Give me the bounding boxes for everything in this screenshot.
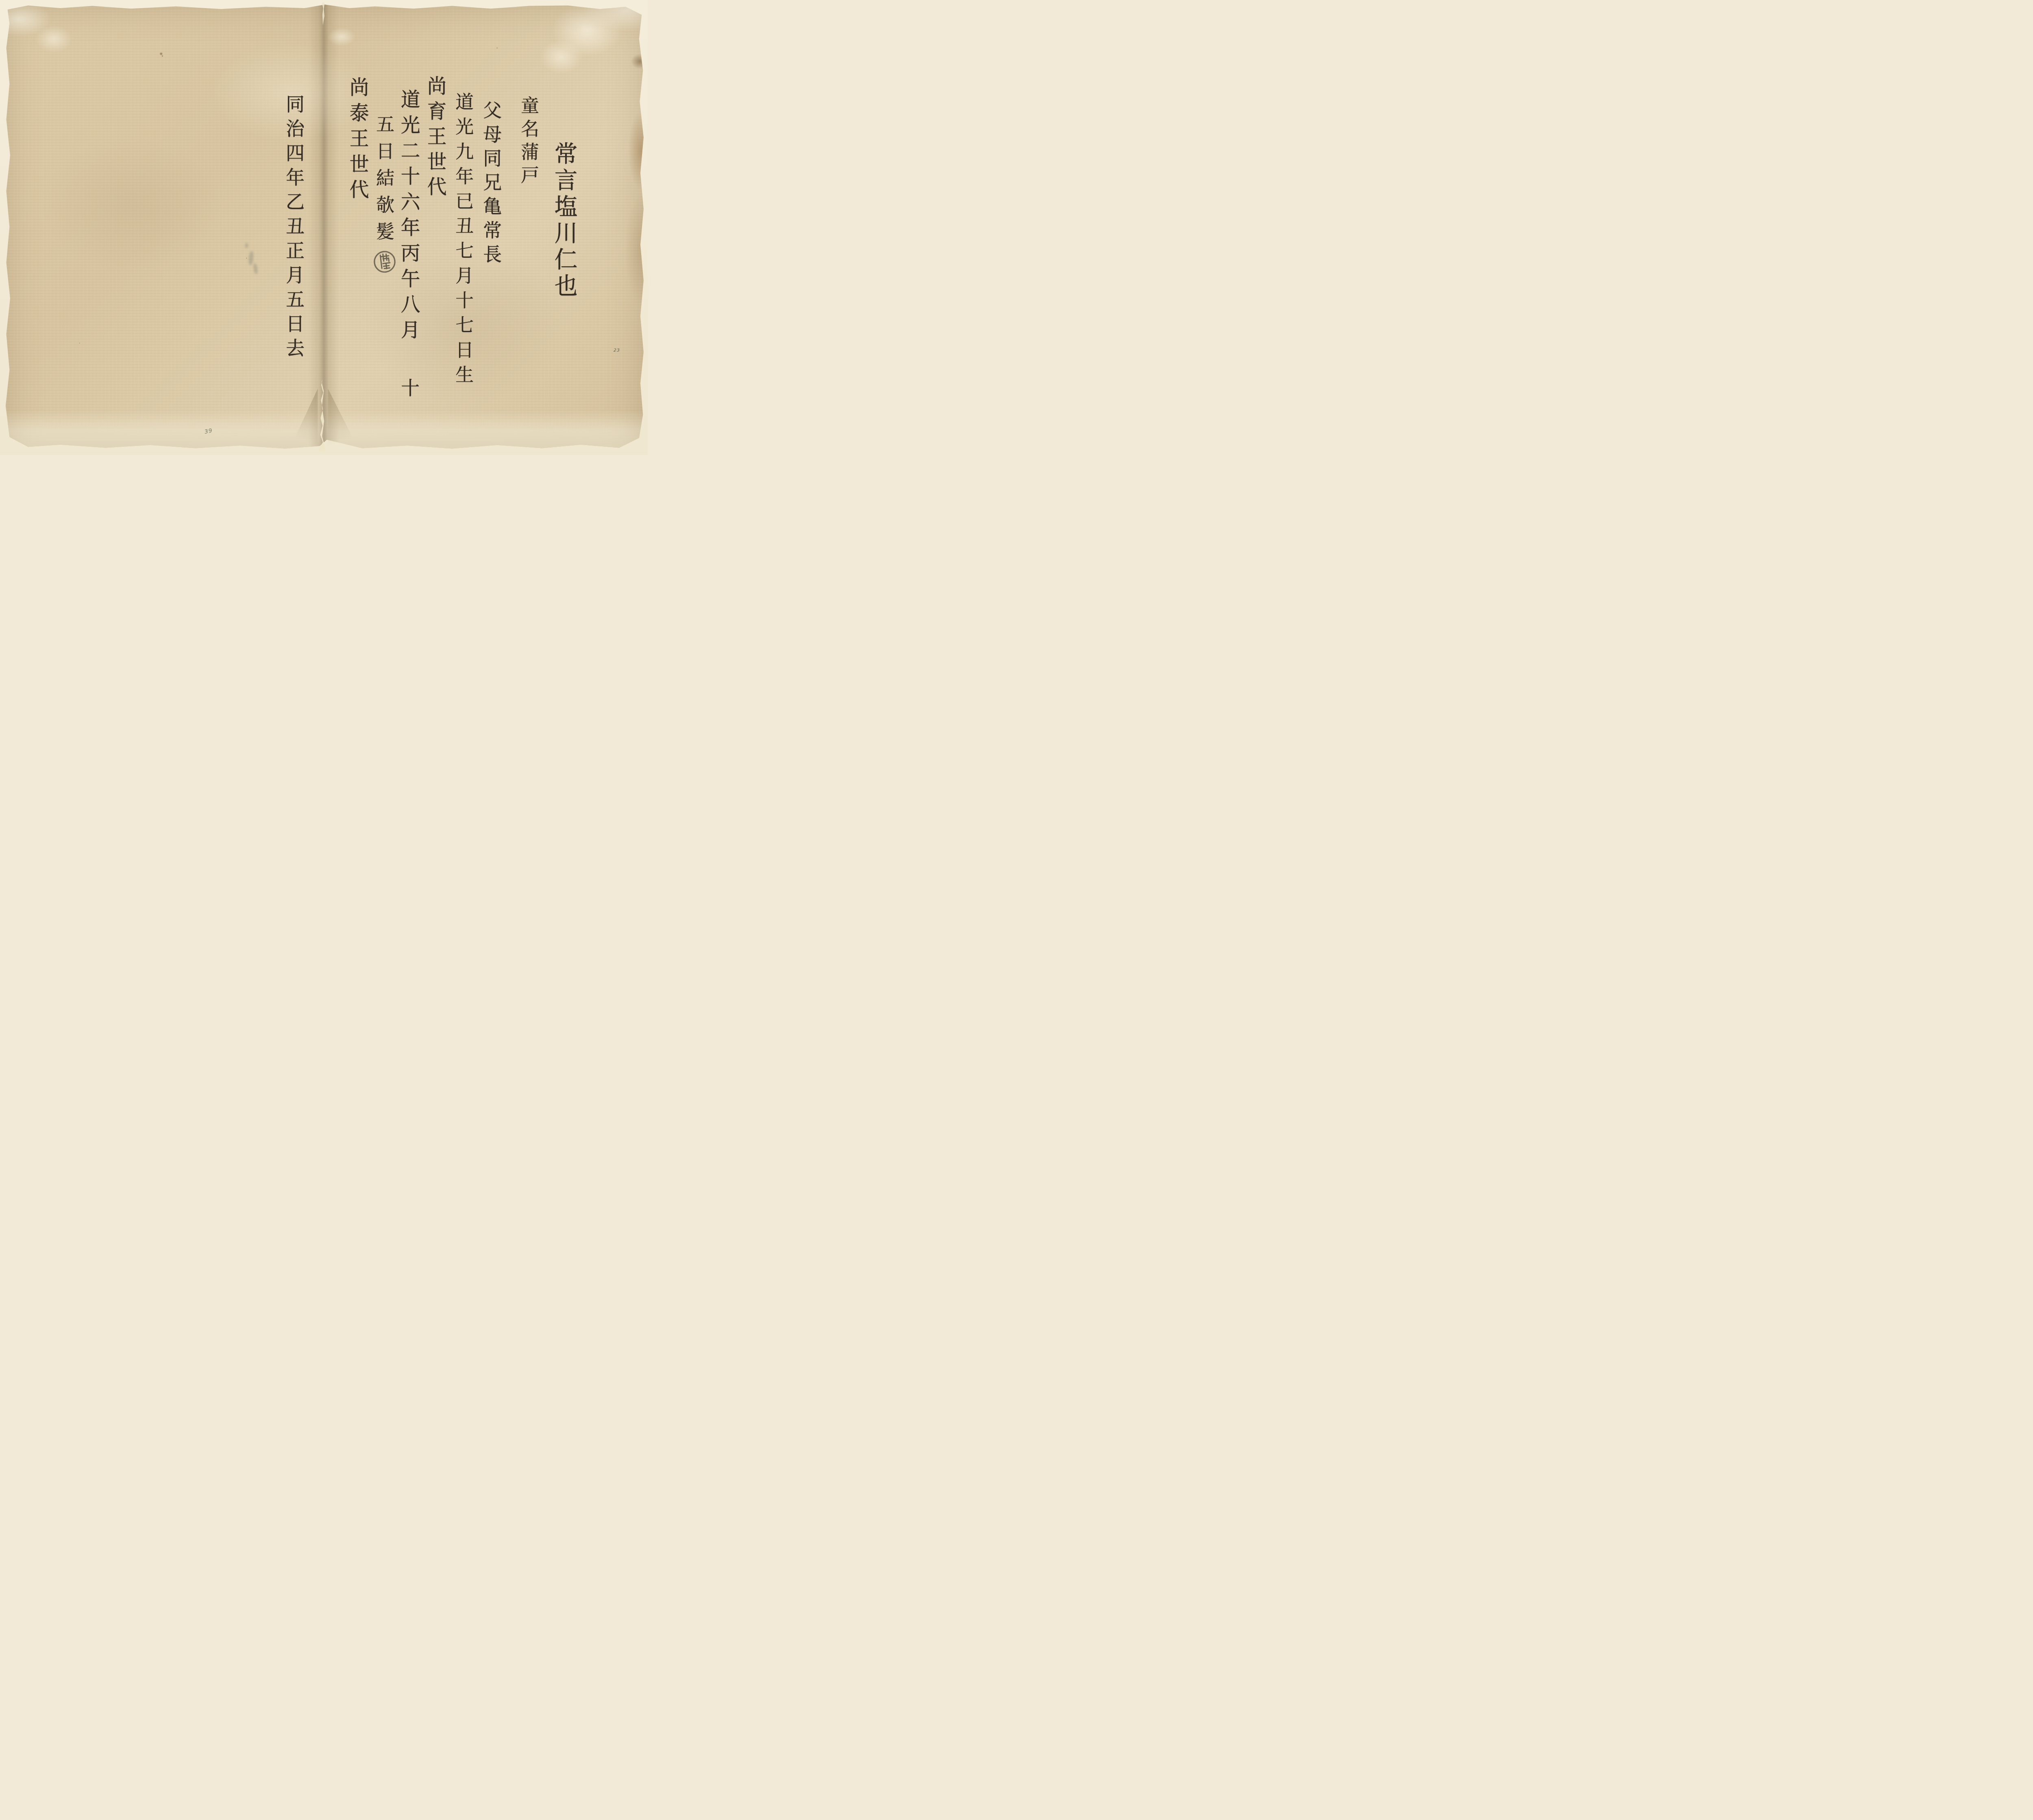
column-era-sho-tai: 尚泰王世代 [348, 77, 367, 205]
page-number-right-margin: 23 [614, 348, 620, 353]
aged-paper-spread [2, 3, 645, 450]
column-childhood-name: 童名蒲戸 [519, 96, 538, 189]
column-hair-tying-date-tail: 十 [400, 378, 418, 397]
manuscript-scan: 常言塩川仁也 童名蒲戸 父母同兄亀常長 道光九年已丑七月十七日生 尚育王世代 道… [0, 0, 648, 455]
column-hair-tying-date-continued: 五日結欹髪 [374, 115, 393, 249]
column-death-date: 同治四年乙丑正月五日去 [285, 94, 303, 363]
column-hair-tying-date: 道光二十六年丙午八月 [399, 89, 418, 345]
column-name: 常言塩川仁也 [552, 141, 575, 300]
ink-bleed-mark [245, 243, 248, 248]
round-ink-seal-icon [372, 249, 398, 275]
column-parents-and-elder-brother: 父母同兄亀常長 [482, 100, 501, 268]
column-era-sho-iku: 尚育王世代 [425, 76, 445, 202]
column-birth-date: 道光九年已丑七月十七日生 [454, 92, 472, 390]
